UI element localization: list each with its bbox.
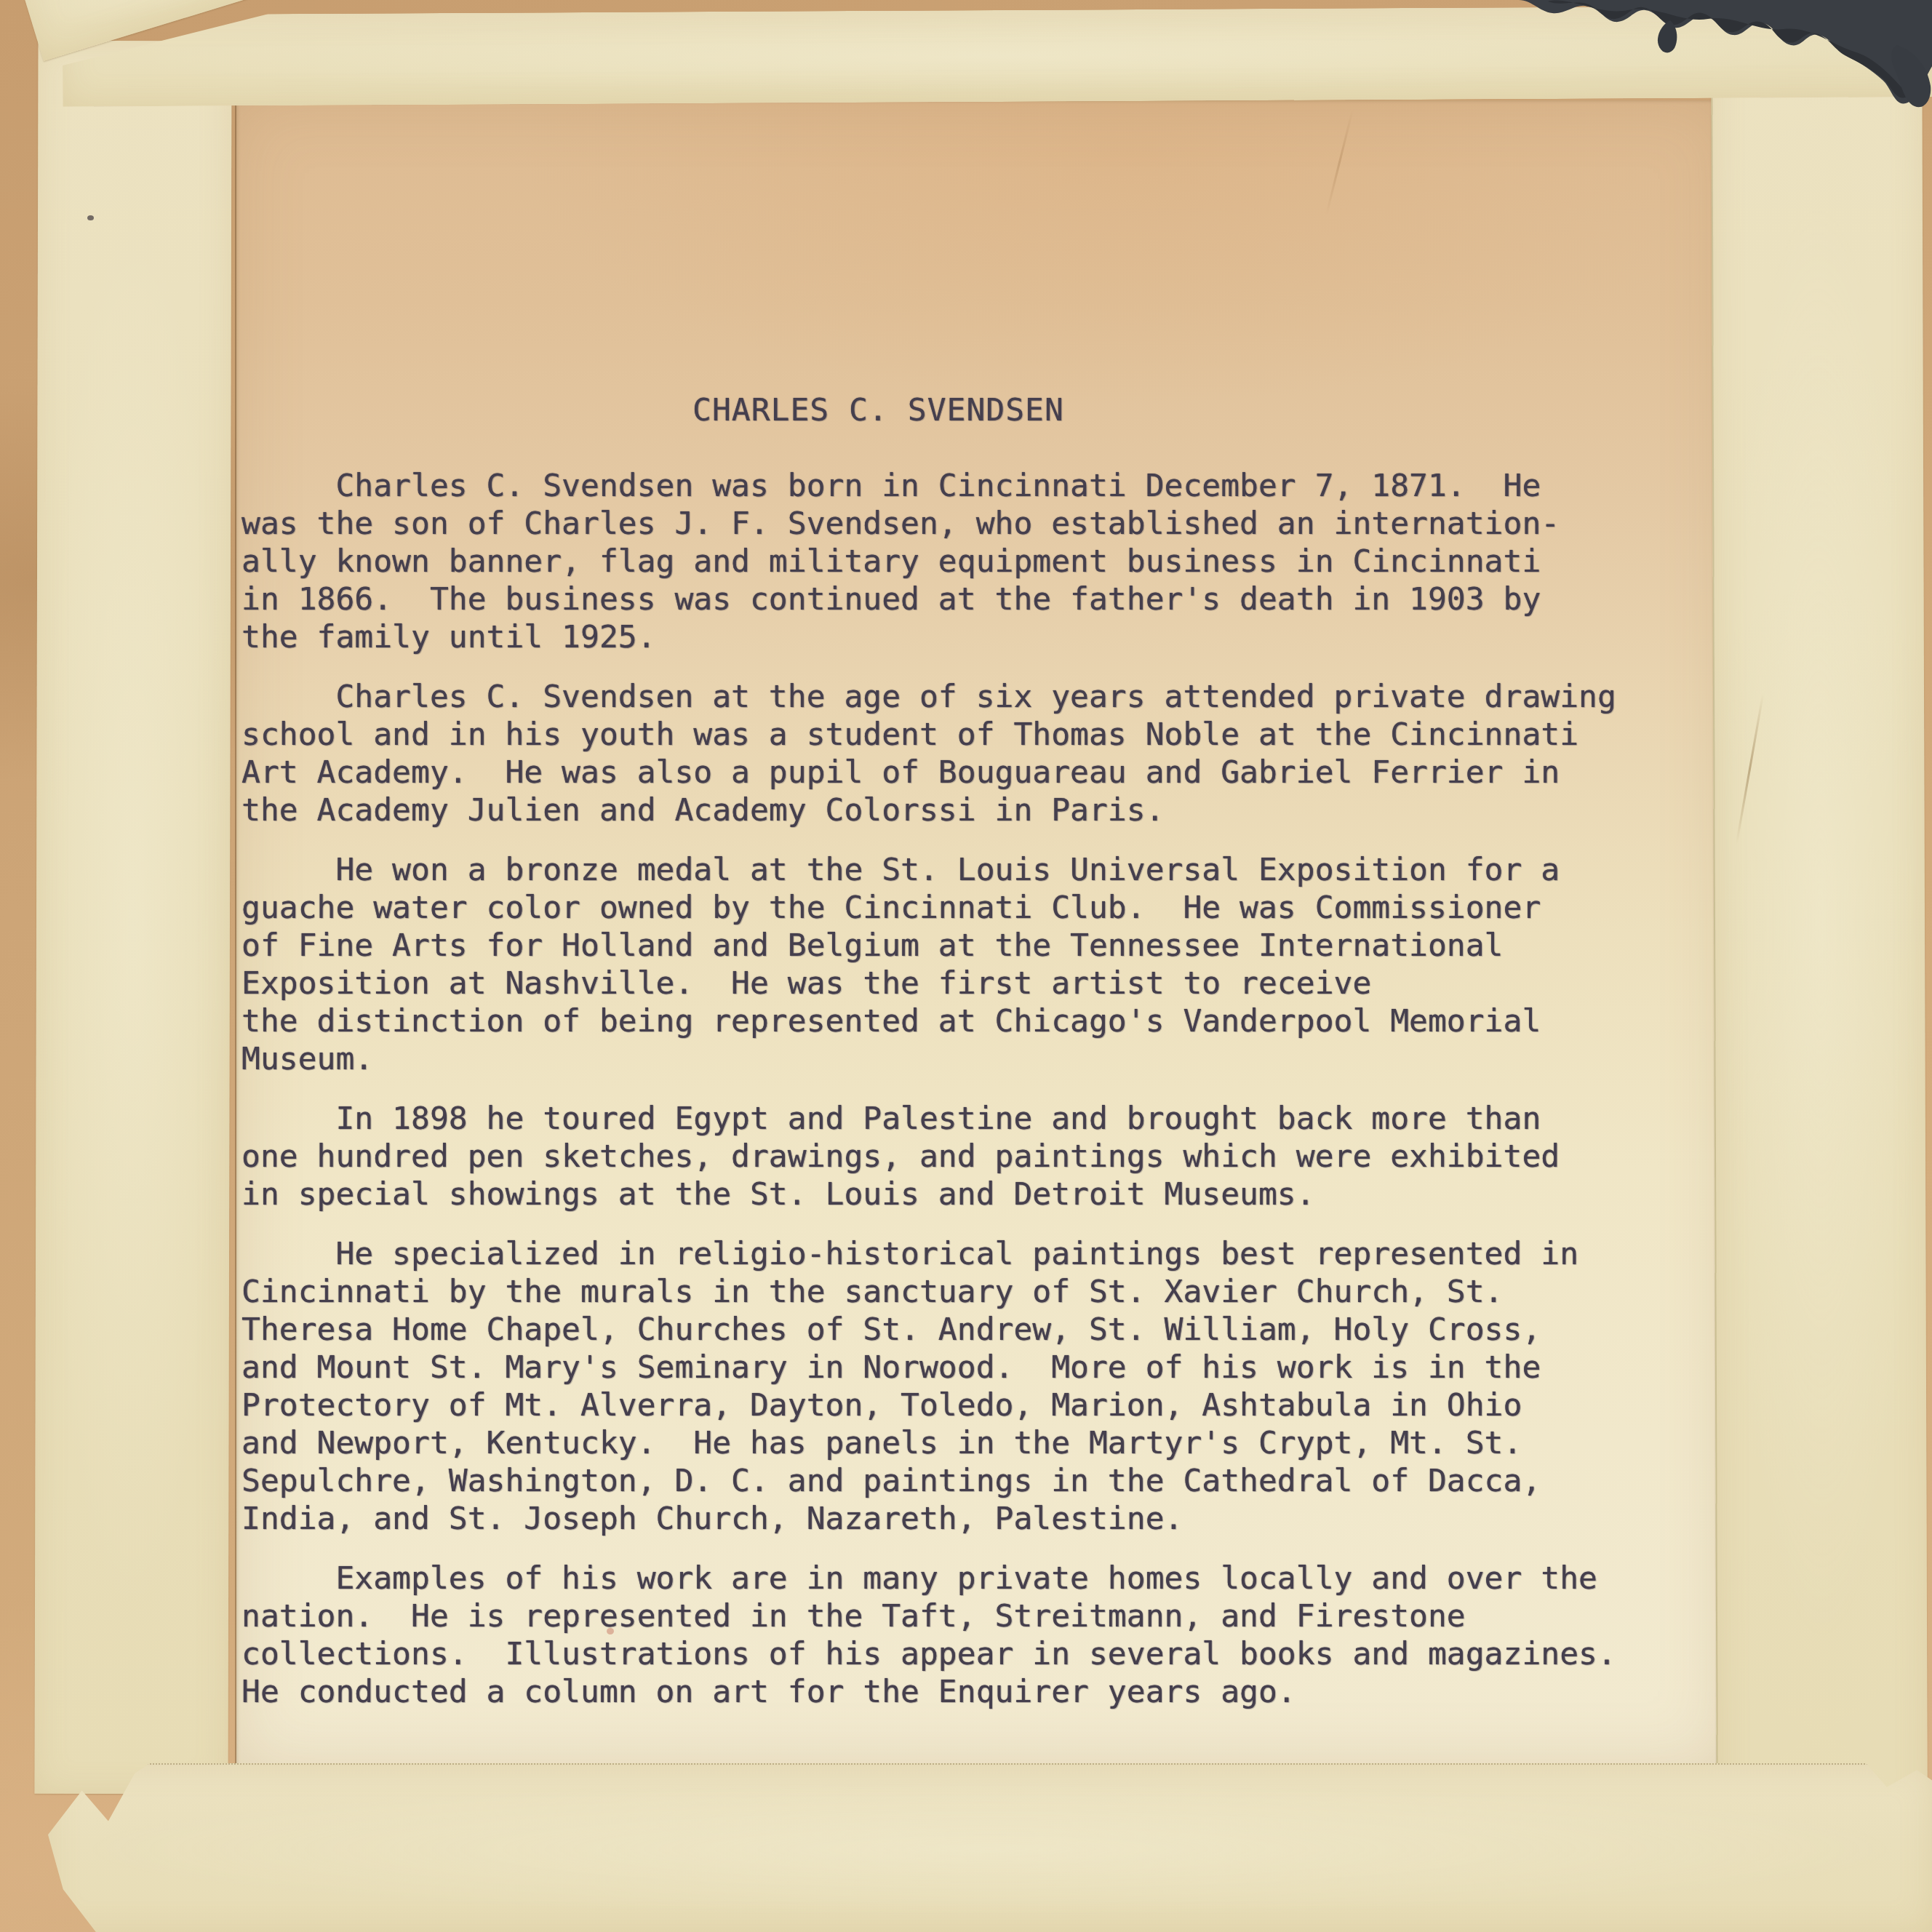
paragraph-biography-birth: Charles C. Svendsen was born in Cincinna…: [242, 467, 1725, 656]
tape-strip-right: [1711, 25, 1928, 1821]
paragraph-awards: He won a bronze medal at the St. Louis U…: [242, 851, 1725, 1078]
paragraph-works: He specialized in religio-historical pai…: [242, 1235, 1725, 1538]
typed-text-block: CHARLES C. SVENDSEN Charles C. Svendsen …: [242, 391, 1725, 1733]
paragraph-collections: Examples of his work are in many private…: [242, 1560, 1725, 1711]
paragraph-education: Charles C. Svendsen at the age of six ye…: [242, 678, 1725, 829]
paragraph-travels: In 1898 he toured Egypt and Palestine an…: [242, 1100, 1725, 1213]
document-title: CHARLES C. SVENDSEN: [692, 391, 1725, 429]
paper-crease: [1325, 109, 1354, 215]
tape-strip-bottom: [48, 1763, 1932, 1932]
scanned-scrapbook-page: CHARLES C. SVENDSEN Charles C. Svendsen …: [0, 0, 1932, 1932]
tape-strip-left: [34, 41, 231, 1795]
ink-speck: [87, 215, 94, 220]
binding-cord-icon: [1490, 0, 1932, 124]
